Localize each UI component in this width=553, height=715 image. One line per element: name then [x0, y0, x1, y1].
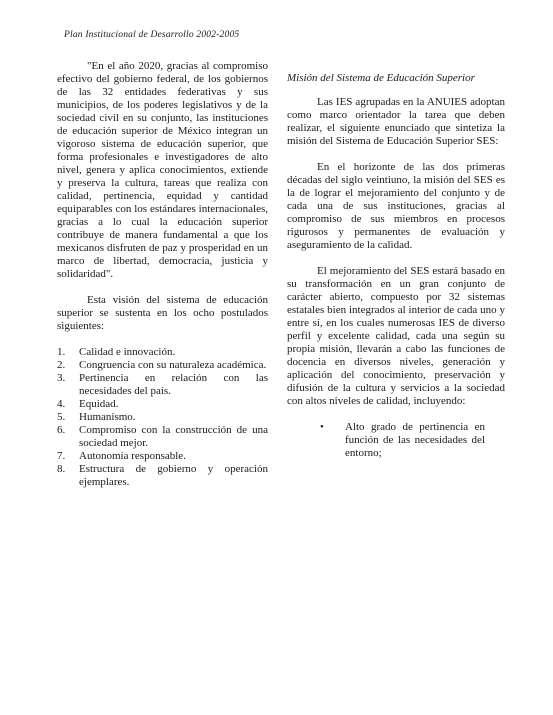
list-item-text: Compromiso con la construcción de una so… — [79, 424, 268, 450]
postulados-list: 1. Calidad e innovación. 2. Congruencia … — [57, 346, 268, 489]
bullet-icon: • — [320, 421, 345, 460]
mejoramiento-paragraph: El mejoramiento del SES estará basado en… — [287, 265, 505, 408]
two-column-body: "En el año 2020, gracias al compromiso e… — [57, 60, 505, 489]
list-item: 7. Autonomía responsable. — [57, 450, 268, 463]
list-item: 2. Congruencia con su naturaleza académi… — [57, 359, 268, 372]
document-page: Plan Institucional de Desarrollo 2002-20… — [0, 0, 553, 715]
list-item: 5. Humanismo. — [57, 411, 268, 424]
list-item: 3. Pertinencia en relación con las neces… — [57, 372, 268, 398]
list-item-number: 1. — [57, 346, 79, 359]
horizonte-paragraph: En el horizonte de las dos primeras déca… — [287, 161, 505, 252]
list-item-text: Autonomía responsable. — [79, 450, 268, 463]
incluyendo-bullet-list: • Alto grado de pertinencia en función d… — [287, 421, 505, 460]
bullet-item-text: Alto grado de pertinencia en función de … — [345, 421, 485, 460]
list-item-number: 8. — [57, 463, 79, 489]
left-column: "En el año 2020, gracias al compromiso e… — [57, 60, 268, 489]
running-header: Plan Institucional de Desarrollo 2002-20… — [64, 30, 239, 40]
list-item: 1. Calidad e innovación. — [57, 346, 268, 359]
list-item-number: 6. — [57, 424, 79, 450]
list-item-text: Calidad e innovación. — [79, 346, 268, 359]
vision-2020-paragraph: "En el año 2020, gracias al compromiso e… — [57, 60, 268, 281]
list-item-text: Congruencia con su naturaleza académica. — [79, 359, 268, 372]
bullet-item: • Alto grado de pertinencia en función d… — [320, 421, 485, 460]
list-item-number: 5. — [57, 411, 79, 424]
list-item-number: 3. — [57, 372, 79, 398]
list-item-text: Pertinencia en relación con las necesida… — [79, 372, 268, 398]
section-heading-mision: Misión del Sistema de Educación Superior — [287, 72, 505, 85]
anuies-paragraph: Las IES agrupadas en la ANUIES adoptan c… — [287, 96, 505, 148]
list-item-text: Equidad. — [79, 398, 268, 411]
list-item: 8. Estructura de gobierno y operación ej… — [57, 463, 268, 489]
list-item-number: 7. — [57, 450, 79, 463]
list-item-text: Humanismo. — [79, 411, 268, 424]
postulados-intro-paragraph: Esta visión del sistema de educación sup… — [57, 294, 268, 333]
list-item-number: 2. — [57, 359, 79, 372]
list-item-number: 4. — [57, 398, 79, 411]
list-item: 6. Compromiso con la construcción de una… — [57, 424, 268, 450]
right-column: Misión del Sistema de Educación Superior… — [287, 60, 505, 489]
list-item-text: Estructura de gobierno y operación ejemp… — [79, 463, 268, 489]
list-item: 4. Equidad. — [57, 398, 268, 411]
